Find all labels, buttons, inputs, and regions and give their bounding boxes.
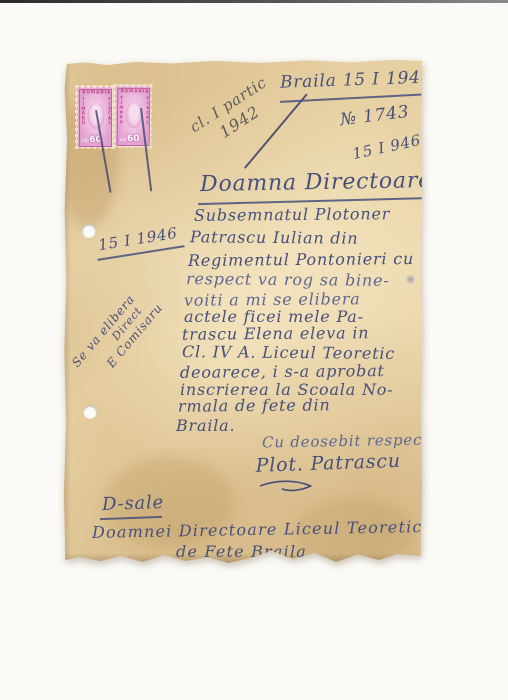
body-line: respect va rog sa bine- <box>186 269 390 290</box>
paper-edge-shade <box>64 58 71 563</box>
stamp-portrait <box>125 102 142 128</box>
body-line: trascu Elena eleva in <box>182 323 369 344</box>
closing: Cu deosebit respect. <box>262 430 435 451</box>
stamp-country-label: ROMANIA <box>82 90 108 95</box>
body-line: Braila. <box>176 416 235 435</box>
signature-block: Plot. Patrascu <box>255 449 422 496</box>
scanned-document-page: ROMANIA TIMBRU FISCAL LEI 60 ROMANIA TIM… <box>0 0 508 700</box>
stamp-fiscal-label: FISCAL <box>107 97 112 126</box>
stamp-timbru-label: TIMBRU <box>81 97 86 126</box>
addressee-title: D-sale <box>102 492 165 515</box>
registry-date: 15 I 946 <box>351 131 423 163</box>
body-line: deoarece, i s-a aprobat <box>180 361 385 382</box>
salutation-underline <box>198 197 434 205</box>
body-line: Subsemnatul Plotoner <box>194 204 390 225</box>
addressee-city-underline <box>246 560 314 563</box>
punch-hole <box>82 224 96 238</box>
scan-edge-bar <box>0 0 508 3</box>
revenue-stamp: ROMANIA TIMBRU FISCAL LEI 60 <box>77 87 112 147</box>
body-line: Regimentul Pontonieri cu <box>188 249 414 270</box>
stamp-fiscal-label: FISCAL <box>145 96 150 125</box>
letter-paper: ROMANIA TIMBRU FISCAL LEI 60 ROMANIA TIM… <box>64 58 422 563</box>
dateline: Braila 15 I 1946- <box>280 67 440 93</box>
punch-hole <box>83 405 97 419</box>
salutation: Doamna Directoare. <box>200 168 440 197</box>
stamp-timbru-label: TIMBRU <box>119 96 124 125</box>
body-line: Cl. IV A. Liceul Teoretic <box>182 342 395 363</box>
signature-flourish <box>258 477 315 495</box>
body-line: rmala de fete din <box>178 395 331 415</box>
ink-smudge <box>406 274 415 285</box>
resolution-note: Se va elibera Direct E Comisaru <box>69 246 197 387</box>
paper-torn-edge-shade <box>64 553 422 563</box>
stamp-value: 60 <box>80 135 111 145</box>
paper-sheet-wrap: ROMANIA TIMBRU FISCAL LEI 60 ROMANIA TIM… <box>64 58 422 563</box>
signature: Plot. Patrascu <box>255 450 401 477</box>
stamp-country-label: ROMANIA <box>121 89 147 94</box>
registry-number: № 1743 <box>339 102 410 130</box>
body-line: Patrascu Iulian din <box>190 227 359 247</box>
